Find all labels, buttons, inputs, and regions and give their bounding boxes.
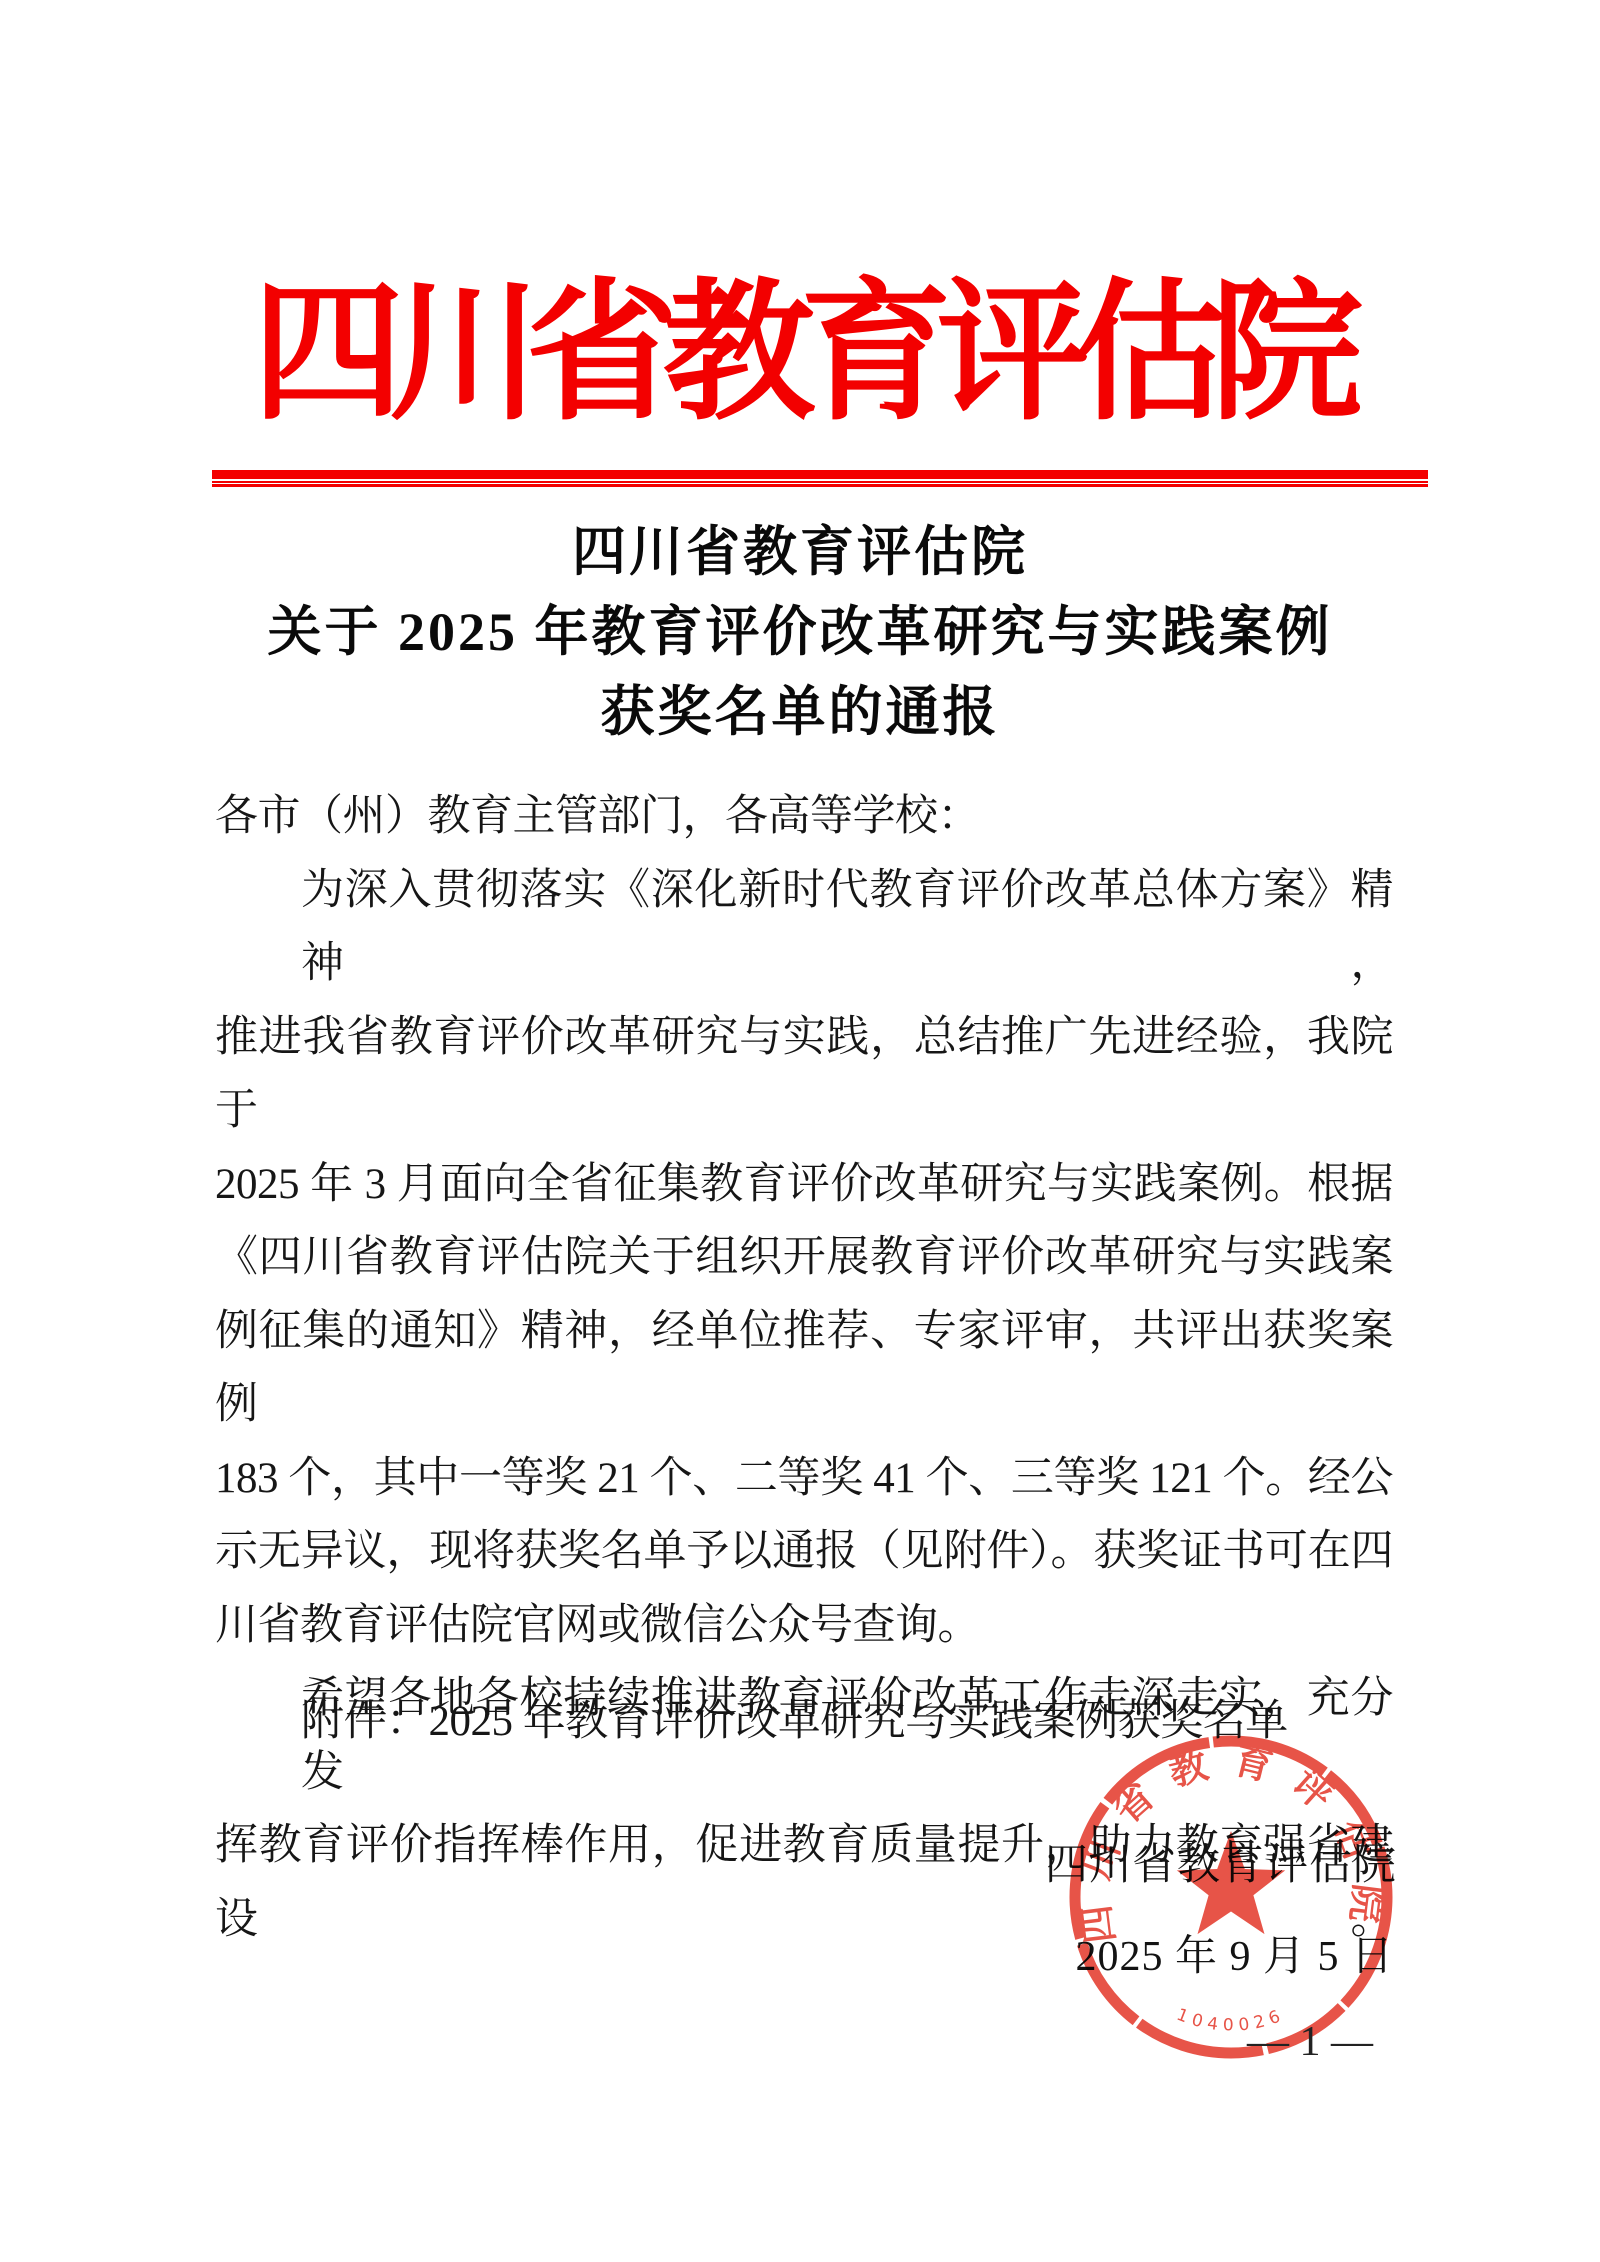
body-line: 示无异议，现将获奖名单予以通报（见附件）。获奖证书可在四 bbox=[215, 1515, 1393, 1589]
document-page: 四川省教育评估院 四川省教育评估院 关于 2025 年教育评价改革研究与实践案例… bbox=[0, 0, 1600, 2262]
page-number: — 1 — bbox=[1205, 2018, 1415, 2066]
document-title: 四川省教育评估院 关于 2025 年教育评价改革研究与实践案例 获奖名单的通报 bbox=[0, 512, 1600, 752]
document-title-line-3: 获奖名单的通报 bbox=[0, 672, 1600, 752]
body-line: 2025 年 3 月面向全省征集教育评价改革研究与实践案例。根据 bbox=[215, 1148, 1393, 1222]
body-line: 各市（州）教育主管部门，各高等学校： bbox=[215, 780, 1393, 854]
masthead-title: 四川省教育评估院 bbox=[0, 268, 1600, 440]
seal-star-icon bbox=[1177, 1831, 1285, 1934]
red-rule-divider bbox=[212, 470, 1428, 487]
body-line: 例征集的通知》精神，经单位推荐、专家评审，共评出获奖案例 bbox=[215, 1295, 1393, 1442]
body-line: 《四川省教育评估院关于组织开展教育评价改革研究与实践案 bbox=[215, 1221, 1393, 1295]
body-line: 川省教育评估院官网或微信公众号查询。 bbox=[215, 1589, 1393, 1663]
body-line: 推进我省教育评价改革研究与实践，总结推广先进经验，我院于 bbox=[215, 1001, 1393, 1148]
body-line: 为深入贯彻落实《深化新时代教育评价改革总体方案》精神， bbox=[215, 854, 1393, 1001]
body-line: 183 个，其中一等奖 21 个、二等奖 41 个、三等奖 121 个。经公 bbox=[215, 1442, 1393, 1516]
document-title-line-1: 四川省教育评估院 bbox=[0, 512, 1600, 592]
document-title-line-2: 关于 2025 年教育评价改革研究与实践案例 bbox=[0, 592, 1600, 672]
